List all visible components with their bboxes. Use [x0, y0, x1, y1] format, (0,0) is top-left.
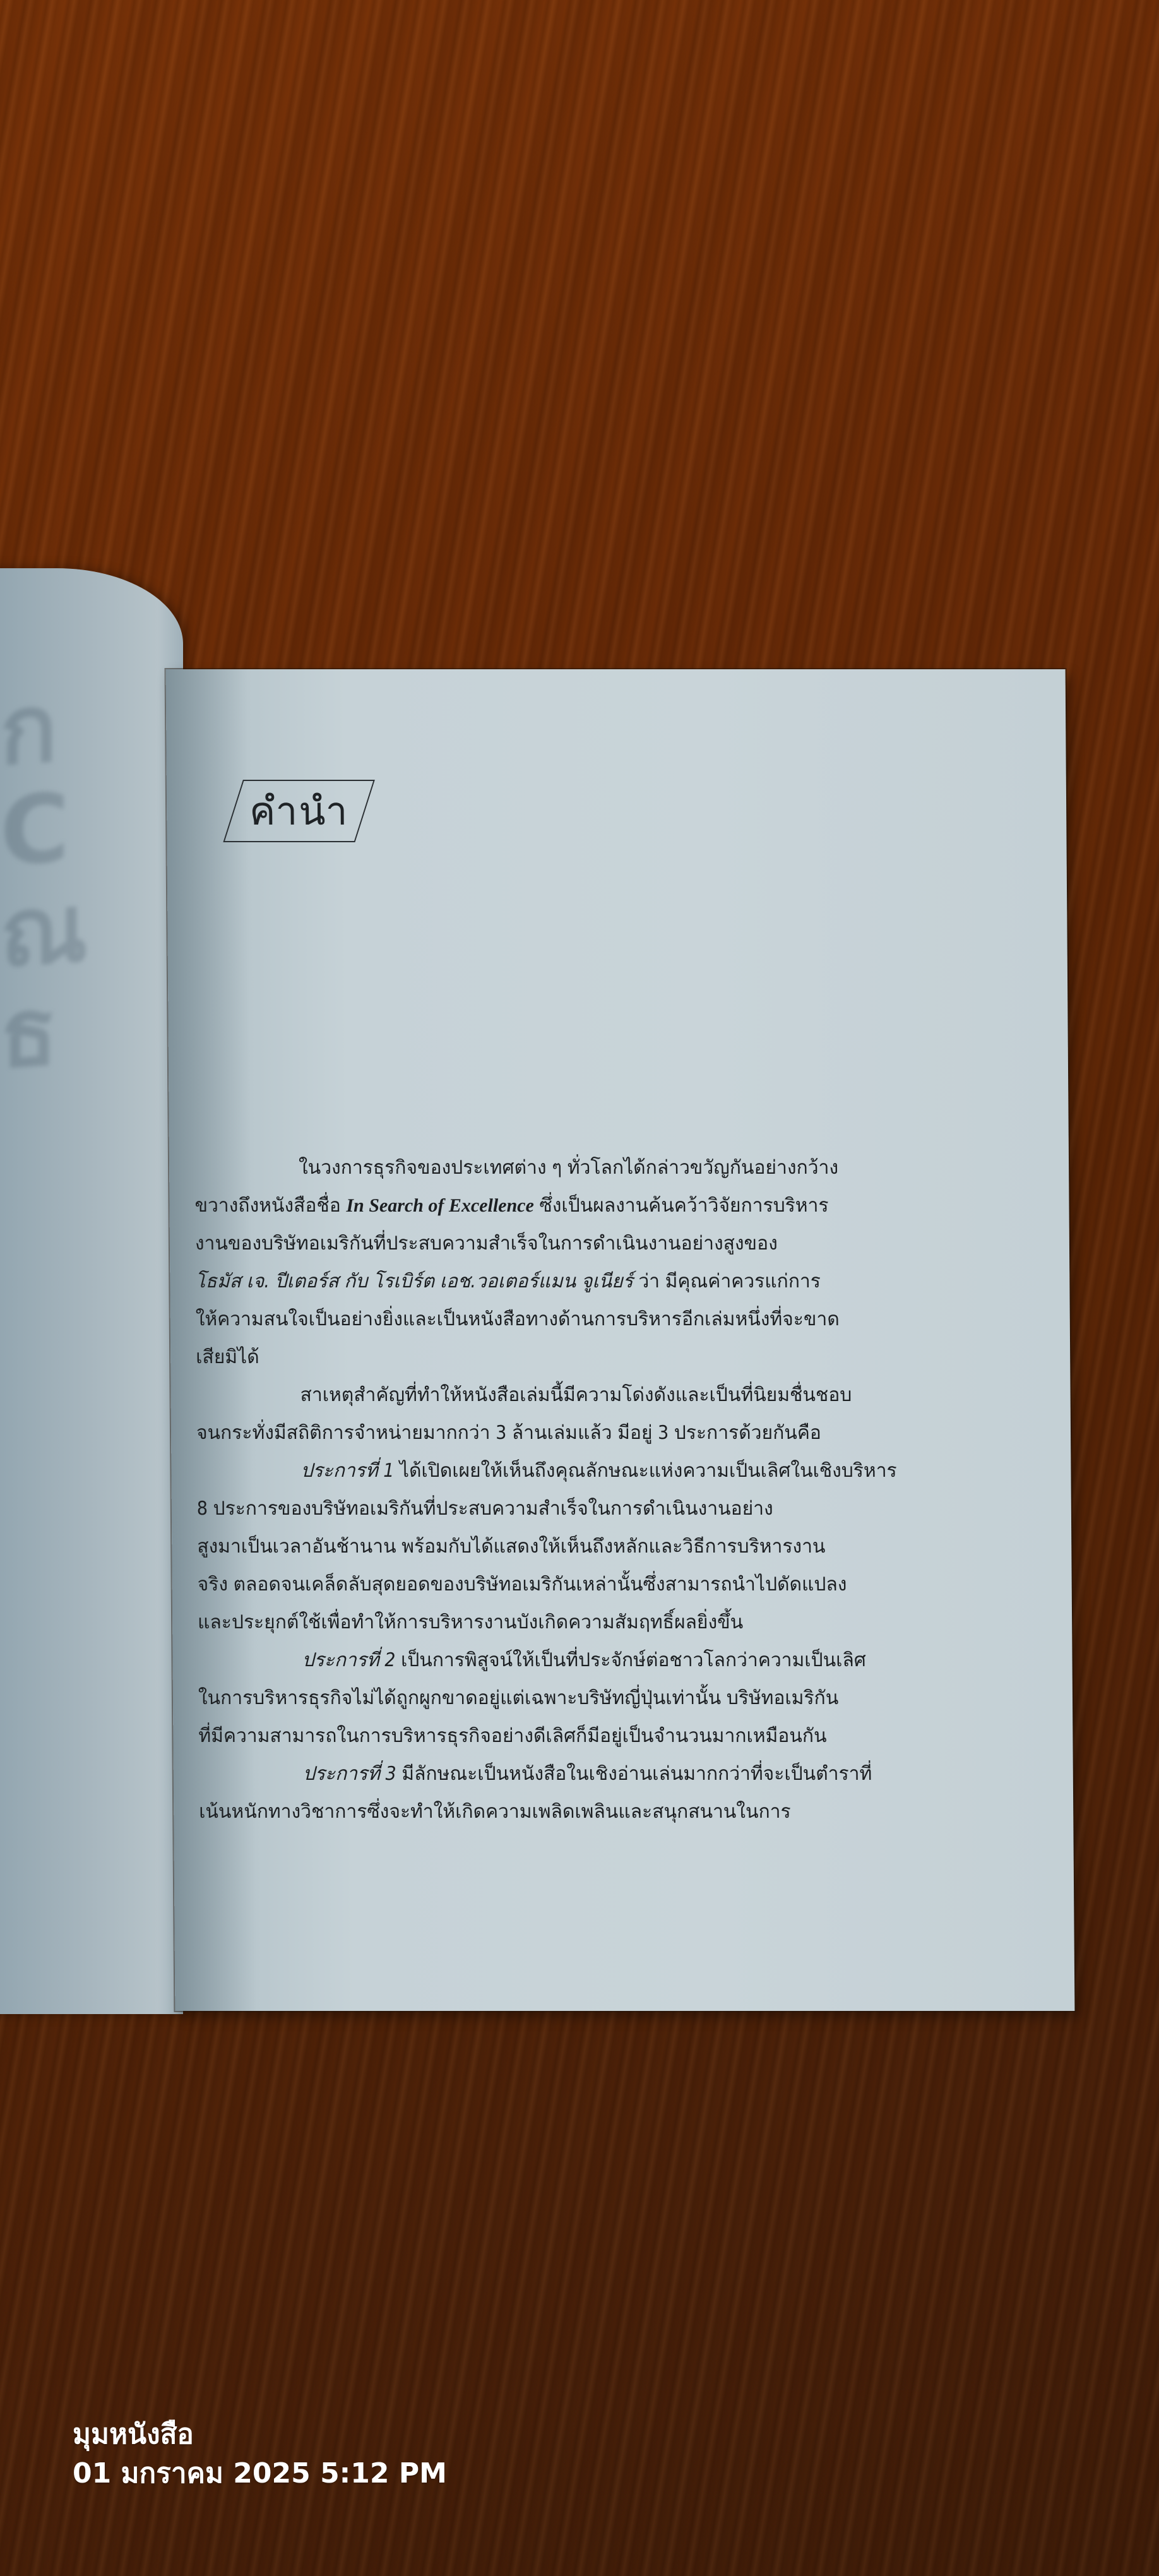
text-line: จนกระทั่งมีสถิติการจำหน่ายมากกว่า 3 ล้าน… [196, 1414, 922, 1452]
book-page: คำนำ ในวงการธุรกิจของประเทศต่าง ๆ ทั่วโล… [166, 669, 1075, 2011]
text-line: จริง ตลอดจนเคล็ดลับสุดยอดของบริษัทอเมริก… [197, 1566, 923, 1604]
text-line: สาเหตุสำคัญที่ทำให้หนังสือเล่มนี้มีความโ… [196, 1376, 922, 1414]
text-segment: มีลักษณะเป็นหนังสือในเชิงอ่านเล่นมากกว่า… [396, 1763, 872, 1785]
text-line: งานของบริษัทอเมริกันที่ประสบความสำเร็จใน… [195, 1225, 921, 1263]
point-label: ประการที่ 1 [300, 1460, 394, 1482]
text-line: ขวางถึงหนังสือชื่อ In Search of Excellen… [194, 1187, 920, 1225]
text-line: ให้ความสนใจเป็นอย่างยิ่งและเป็นหนังสือทา… [196, 1301, 922, 1339]
text-line: เสียมิได้ [196, 1339, 922, 1376]
text-line: ในการบริหารธุรกิจไม่ได้ถูกผูกขาดอยู่แต่เ… [198, 1679, 924, 1717]
text-line: ประการที่ 2 เป็นการพิสูจน์ให้เป็นที่ประจ… [198, 1642, 924, 1679]
text-line: สูงมาเป็นเวลาอันช้านาน พร้อมกับได้แสดงให… [197, 1528, 923, 1566]
text-line: ในวงการธุรกิจของประเทศต่าง ๆ ทั่วโลกได้ก… [194, 1149, 920, 1187]
text-segment: ได้เปิดเผยให้เห็นถึงคุณลักษณะแห่งความเป็… [394, 1460, 897, 1482]
text-line: เน้นหนักทางวิชาการซึ่งจะทำให้เกิดความเพล… [199, 1793, 925, 1831]
text-line: โธมัส เจ. ปีเตอร์ส กับ โรเบิร์ต เอช.วอเต… [195, 1263, 921, 1301]
book-title: In Search of Excellence [346, 1195, 534, 1216]
show-through-cover-text: กCณธ [0, 670, 164, 1085]
text-line: 8 ประการของบริษัทอเมริกันที่ประสบความสำเ… [197, 1490, 923, 1528]
photo-watermark: มุมหนังสือ 01 มกราคม 2025 5:12 PM [73, 2415, 447, 2493]
point-label: ประการที่ 2 [302, 1649, 395, 1671]
watermark-place: มุมหนังสือ [73, 2415, 447, 2454]
text-line: และประยุกต์ใช้เพื่อทำให้การบริหารงานบังเ… [198, 1604, 924, 1642]
left-facing-page: กCณธ [0, 568, 183, 2014]
point-label: ประการที่ 3 [303, 1763, 396, 1785]
text-segment: ว่า มีคุณค่าควรแก่การ [633, 1270, 821, 1292]
watermark-datetime: 01 มกราคม 2025 5:12 PM [73, 2454, 447, 2493]
paragraph-3: ประการที่ 2 เป็นการพิสูจน์ให้เป็นที่ประจ… [198, 1642, 924, 1755]
heading-box: คำนำ [223, 780, 374, 842]
text-line: ประการที่ 1 ได้เปิดเผยให้เห็นถึงคุณลักษณ… [196, 1452, 922, 1490]
paragraph-2: สาเหตุสำคัญที่ทำให้หนังสือเล่มนี้มีความโ… [196, 1376, 924, 1642]
text-segment: เป็นการพิสูจน์ให้เป็นที่ประจักษ์ต่อชาวโล… [395, 1649, 866, 1671]
preface-body: ในวงการธุรกิจของประเทศต่าง ๆ ทั่วโลกได้ก… [194, 1149, 925, 1831]
author-names: โธมัส เจ. ปีเตอร์ส กับ โรเบิร์ต เอช.วอเต… [195, 1270, 633, 1292]
text-segment: ซึ่งเป็นผลงานค้นคว้าวิจัยการบริหาร [534, 1195, 829, 1217]
page-heading: คำนำ [249, 780, 349, 842]
paragraph-4: ประการที่ 3 มีลักษณะเป็นหนังสือในเชิงอ่า… [199, 1755, 925, 1831]
text-segment: ขวางถึงหนังสือชื่อ [194, 1195, 346, 1217]
text-line: ที่มีความสามารถในการบริหารธุรกิจอย่างดีเ… [198, 1717, 924, 1755]
paragraph-1: ในวงการธุรกิจของประเทศต่าง ๆ ทั่วโลกได้ก… [194, 1149, 922, 1376]
text-line: ประการที่ 3 มีลักษณะเป็นหนังสือในเชิงอ่า… [199, 1755, 925, 1793]
